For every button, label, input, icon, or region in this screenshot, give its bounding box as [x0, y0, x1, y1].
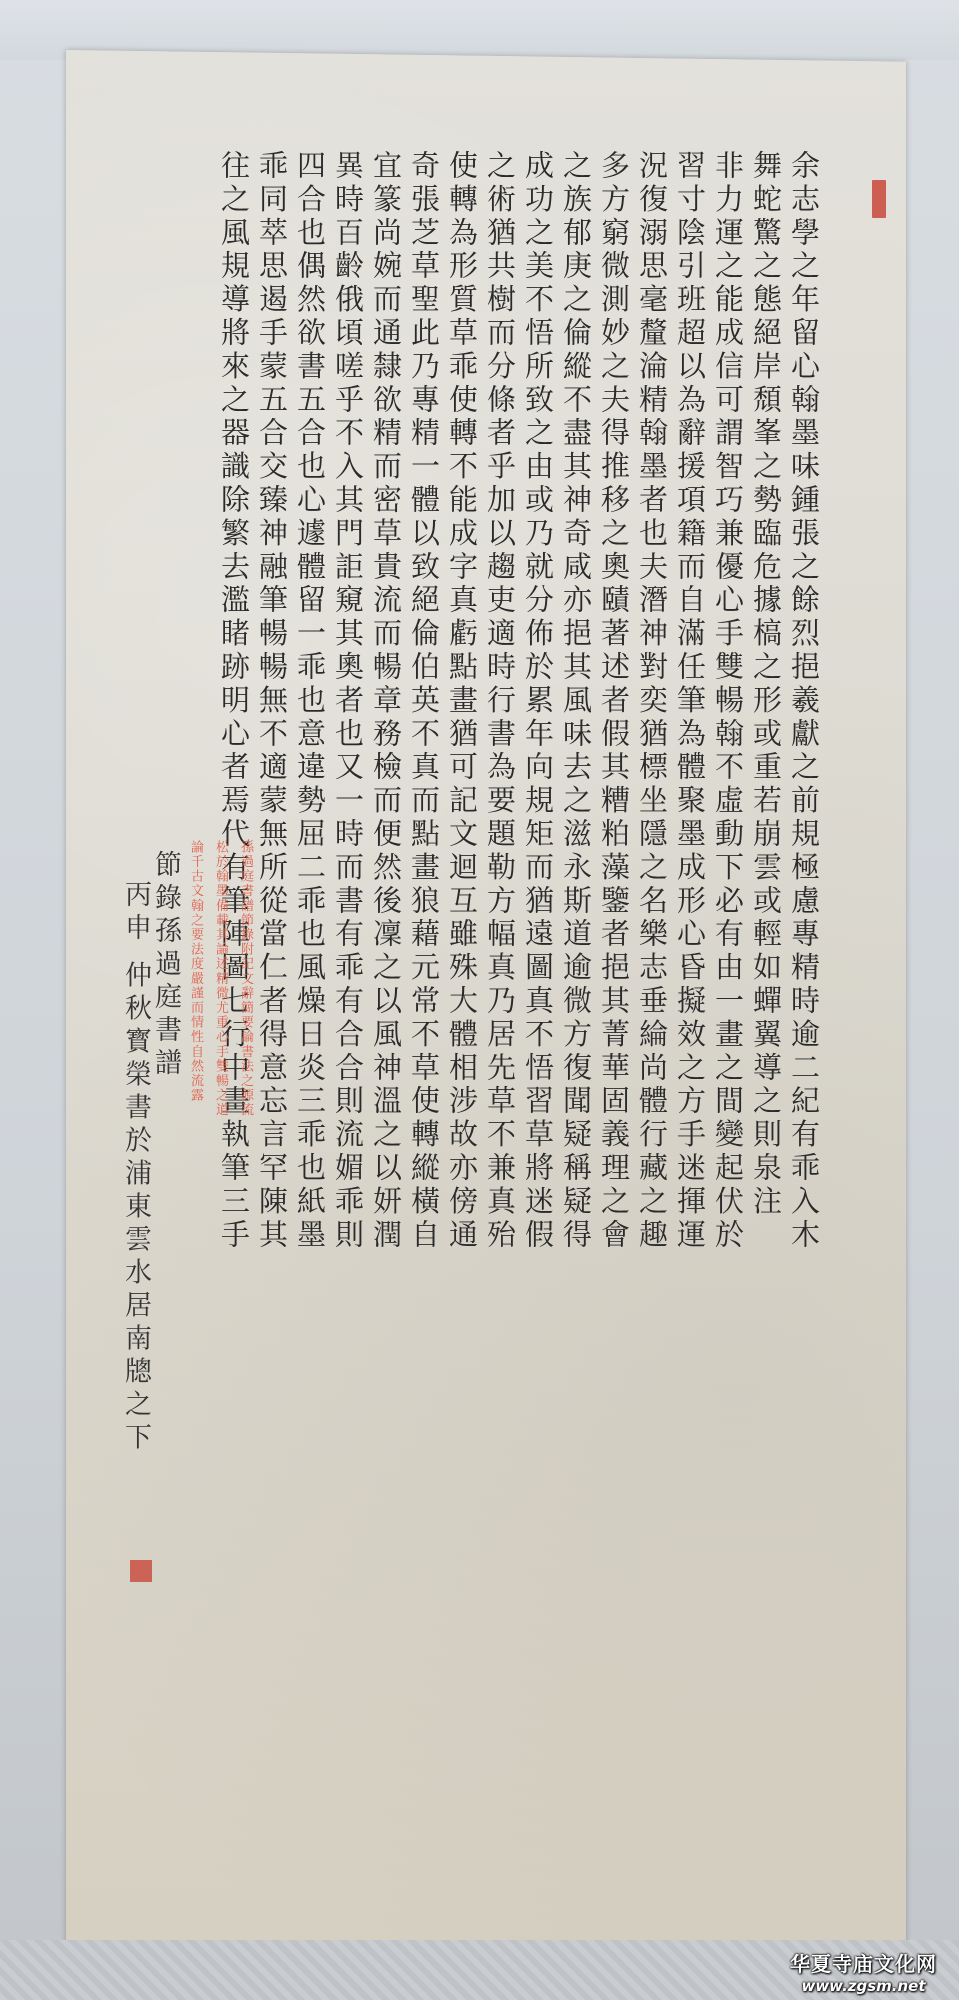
main-text-columns: 余志學之年留心翰墨味鍾張之餘烈挹羲獻之前規極慮專精時逾二紀有乖入木 舞蛇驚之態絕…: [218, 150, 819, 1252]
red-annotations: 孫過庭書譜節錄附記文辭簡要論書法之源流 松於翰墨備載其論述精微尤重心手雙暢之道 …: [188, 840, 253, 1117]
text-column: 奇張芝草聖此乃專精一體以致絕倫伯英不真而點畫狼藉元常不草使轉縱橫自: [408, 150, 439, 1252]
text-column: 異時百齡俄頃嗟乎不入其門詎窺其奧者也又一時而書有乖有合合則流媚乖則: [332, 150, 363, 1252]
annotation-column: 孫過庭書譜節錄附記文辭簡要論書法之源流: [238, 840, 253, 1117]
text-column: 非力運之能成信可謂智巧兼優心手雙暢翰不虛動下必有由一畫之間變起伏於: [712, 150, 743, 1252]
text-column: 多方窮微測妙之夫得推移之奧賾著述者假其糟粕藻鑒者挹其菁華固義理之會: [598, 150, 629, 1252]
text-column: 成功之美不悟所致之由或乃就分佈於累年向規矩而猶遠圖真不悟習草將迷假: [522, 150, 553, 1252]
annotation-column: 論千古文翰之要法度嚴謹而情性自然流露: [188, 840, 203, 1117]
artist-seal-icon: [130, 1560, 152, 1582]
text-column: 乖同萃思遏手蒙五合交臻神融筆暢暢無不適蒙無所從當仁者得意忘言罕陳其: [256, 150, 287, 1252]
text-column: 宜篆尚婉而通隸欲精而密草貴流而暢章務檢而便然後凜之以風神溫之以妍潤: [370, 150, 401, 1252]
text-column: 余志學之年留心翰墨味鍾張之餘烈挹羲獻之前規極慮專精時逾二紀有乖入木: [788, 150, 819, 1252]
signature-title: 節錄孫過庭書譜: [150, 850, 181, 1081]
leading-seal-icon: [872, 180, 886, 218]
text-column: 使轉為形質草乖使轉不能成字真虧點畫猶可記文迴互雖殊大體相涉故亦傍通: [446, 150, 477, 1252]
watermark-url: www.zgsm.net: [790, 1977, 937, 1995]
text-column: 況復溺思毫釐淪精翰墨者也夫潛神對奕猶標坐隱之名樂志垂綸尚體行藏之趣: [636, 150, 667, 1252]
watermark-title: 华夏寺庙文化网: [790, 1948, 937, 1977]
text-column: 四合也偶然欲書五合也心遽體留一乖也意違勢屈二乖也風燥日炎三乖也紙墨: [294, 150, 325, 1252]
text-column: 習寸陰引班超以為辭援項籍而自滿任筆為體聚墨成形心昏擬效之方手迷揮運: [674, 150, 705, 1252]
annotation-column: 松於翰墨備載其論述精微尤重心手雙暢之道: [213, 840, 228, 1117]
signature-block: 節錄孫過庭書譜 丙申 仲秋寳榮書於浦東雲水居南牕之下: [120, 850, 180, 1456]
site-watermark: 华夏寺庙文化网 www.zgsm.net: [790, 1948, 937, 1995]
text-column: 舞蛇驚之態絕岸頹峯之勢臨危據槁之形或重若崩雲或輕如蟬翼導之則泉注: [750, 150, 781, 1252]
text-column: 之族郁庚之倫縱不盡其神奇咸亦挹其風味去之滋永斯道逾微方復聞疑稱疑得: [560, 150, 591, 1252]
signature-date: 丙申 仲秋寳榮書於浦東雲水居南牕之下: [120, 880, 150, 1456]
text-column: 之術猶共樹而分條者乎加以趨吏適時行書為要題勒方幅真乃居先草不兼真殆: [484, 150, 515, 1252]
